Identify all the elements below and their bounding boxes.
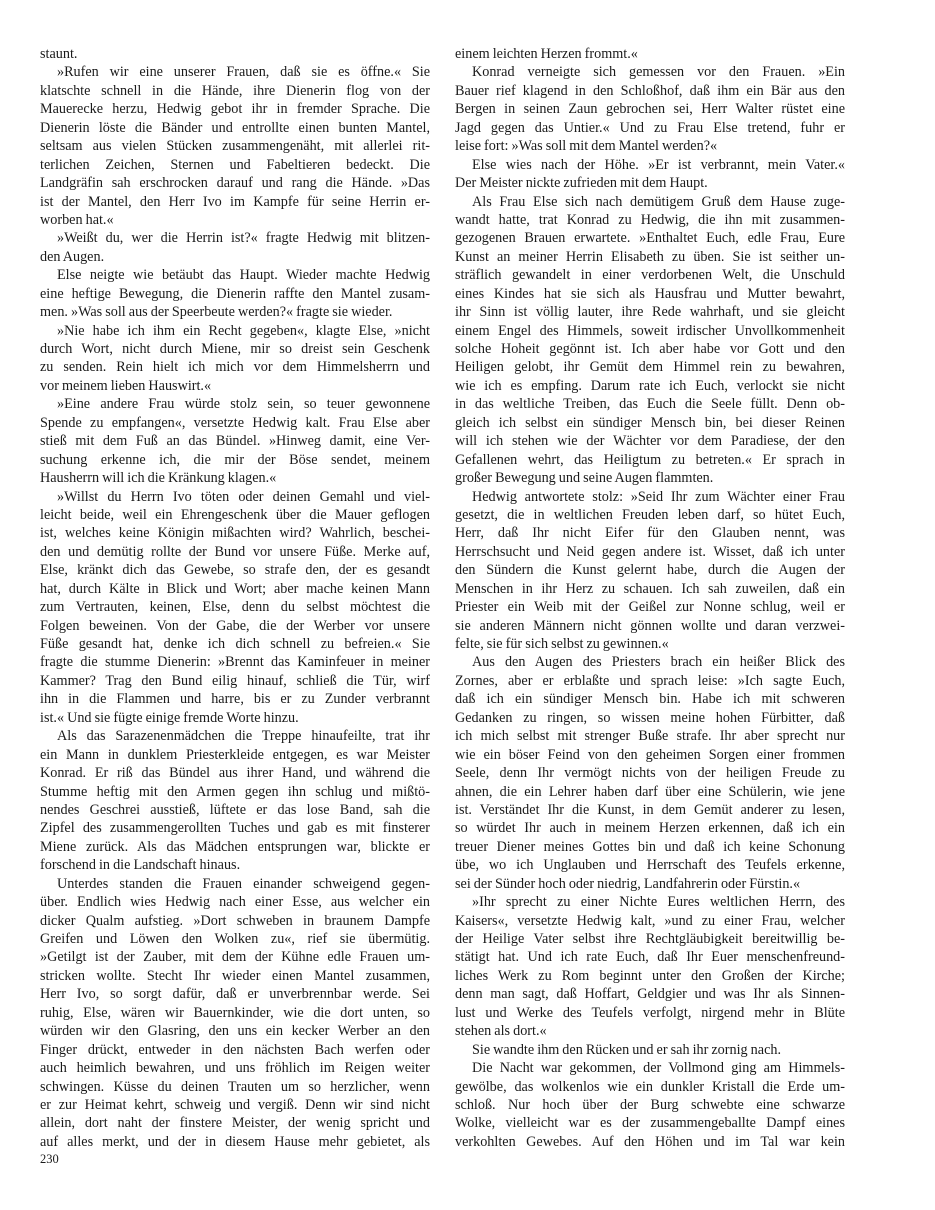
- text-line: Jagd gegen das Untier.« Und zu Frau Else…: [455, 119, 845, 137]
- text-line: Greifen und Löwen den Wolken zu«, rief s…: [40, 930, 430, 948]
- text-line: großer Bewegung und seine Augen flammten…: [455, 469, 845, 487]
- text-line: nendes Geschrei ausstieß, lüftete er das…: [40, 801, 430, 819]
- text-line: will ich stehen wie der Wächter vor dem …: [455, 432, 845, 450]
- text-line: worben hat.«: [40, 211, 430, 229]
- text-line: Seele, denn Ihr vermögt nichts von der h…: [455, 764, 845, 782]
- text-line: leicht beide, weil ein Ehrengeschenk übe…: [40, 506, 430, 524]
- text-line: staunt.: [40, 45, 430, 63]
- text-line: allein, dort naht der finstere Meister, …: [40, 1114, 430, 1132]
- paragraph: staunt.: [40, 45, 430, 63]
- text-line: ein Mann in dunklem Priesterkleide entge…: [40, 746, 430, 764]
- text-line: leise fort: »Was soll mit dem Mantel wer…: [455, 137, 845, 155]
- text-line: Folgen beweinen. Von der Gabe, die der W…: [40, 617, 430, 635]
- text-line: Priester ein Weib mit der Geißel zur Non…: [455, 598, 845, 616]
- text-line: vor meinem lieben Hauswirt.«: [40, 377, 430, 395]
- text-line: daß ich ein sündiger Mensch bin. Habe ic…: [455, 690, 845, 708]
- text-line: einem leichten Herzen frommt.«: [455, 45, 845, 63]
- paragraph: Konrad verneigte sich gemessen vor den F…: [455, 63, 845, 155]
- text-line: Heiligen gelobt, ihr Gemüt dem Himmel re…: [455, 358, 845, 376]
- paragraph: »Ihr sprecht zu einer Nichte Eures weltl…: [455, 893, 845, 1041]
- text-line: Else wies nach der Höhe. »Er ist verbran…: [455, 156, 845, 174]
- paragraph: Als Frau Else sich nach demütigem Gruß d…: [455, 193, 845, 488]
- text-line: Else, kränkt dich das Gewebe, so strafe …: [40, 561, 430, 579]
- text-line: Gedanken zu ringen, so wissen meine hohe…: [455, 709, 845, 727]
- text-line: auch heimlich bewahren, und uns fröhlich…: [40, 1059, 430, 1077]
- text-line: Konrad. Er riß das Bündel aus ihrer Hand…: [40, 764, 430, 782]
- text-line: den Sündern die Kunst gelernt habe, durc…: [455, 561, 845, 579]
- text-line: Sie wandte ihm den Rücken und er sah ihr…: [455, 1041, 845, 1059]
- book-page: staunt.»Rufen wir eine unserer Frauen, d…: [0, 0, 935, 1210]
- text-line: ahnen, die ein Lehrer haben darf über ei…: [455, 783, 845, 801]
- text-line: Kaisers«, versetzte Hedwig kalt, »und zu…: [455, 912, 845, 930]
- text-line: so würdet Ihr auch in meinem Herzen erke…: [455, 819, 845, 837]
- text-line: stricken wollte. Stecht Ihr wieder einen…: [40, 967, 430, 985]
- paragraph: Sie wandte ihm den Rücken und er sah ihr…: [455, 1041, 845, 1059]
- text-line: liches Werk zu Rom beginnt unter den Gro…: [455, 967, 845, 985]
- text-line: Als das Sarazenenmädchen die Treppe hina…: [40, 727, 430, 745]
- text-line: zu senden. Rein hielt ich mich vor dem H…: [40, 358, 430, 376]
- text-line: den und demütig rollte der Bund vor unse…: [40, 543, 430, 561]
- paragraph: Die Nacht war gekommen, der Vollmond gin…: [455, 1059, 845, 1151]
- text-line: gewölbe, das wolkenlos wie ein dunkler K…: [455, 1078, 845, 1096]
- paragraph: »Nie habe ich ihm ein Recht gegeben«, kl…: [40, 322, 430, 396]
- text-line: Kunst an meiner Herrin Elisabeth zu üben…: [455, 248, 845, 266]
- paragraph: Unterdes standen die Frauen einander sch…: [40, 875, 430, 1152]
- text-line: stieß mit dem Fuß an das Bündel. »Hinweg…: [40, 432, 430, 450]
- text-line: forschend in die Landschaft hinaus.: [40, 856, 430, 874]
- text-line: Aus den Augen des Priesters brach ein he…: [455, 653, 845, 671]
- left-column: staunt.»Rufen wir eine unserer Frauen, d…: [40, 45, 430, 1151]
- text-line: wie ich es empfing. Darum rate ich Euch,…: [455, 377, 845, 395]
- text-line: Als Frau Else sich nach demütigem Gruß d…: [455, 193, 845, 211]
- text-line: Dienerin löste die Bänder und entrollte …: [40, 119, 430, 137]
- text-line: übe, wo ich Unglauben und Herrschaft des…: [455, 856, 845, 874]
- text-line: ist der Mantel, den Herr Ivo im Kampfe f…: [40, 193, 430, 211]
- text-line: stehen als dort.«: [455, 1022, 845, 1040]
- text-line: ist.« Und sie fügte einige fremde Worte …: [40, 709, 430, 727]
- text-line: über. Endlich wies Hedwig nach einer Ess…: [40, 893, 430, 911]
- text-line: Wolke, vielleicht war es der zusammengeb…: [455, 1114, 845, 1132]
- text-line: »Ihr sprecht zu einer Nichte Eures weltl…: [455, 893, 845, 911]
- text-line: würden wir den Glasring, den uns ein kec…: [40, 1022, 430, 1040]
- text-line: auf alles merkt, und der in diesem Hause…: [40, 1133, 430, 1151]
- paragraph: »Eine andere Frau würde stolz sein, so t…: [40, 395, 430, 487]
- paragraph: Else wies nach der Höhe. »Er ist verbran…: [455, 156, 845, 193]
- text-line: felte, sie für sich selbst zu gewinnen.«: [455, 635, 845, 653]
- text-line: sträflich gewandelt in einer verdorbenen…: [455, 266, 845, 284]
- text-line: den Augen.: [40, 248, 430, 266]
- text-line: Hedwig antwortete stolz: »Seid Ihr zum W…: [455, 488, 845, 506]
- text-line: hat, durch Kälte in Blick und Wort; aber…: [40, 580, 430, 598]
- text-line: Konrad verneigte sich gemessen vor den F…: [455, 63, 845, 81]
- text-line: Gefallenen wehrt, das Heiligtum zu betre…: [455, 451, 845, 469]
- text-line: durch Wort, nicht durch Miene, mir so dr…: [40, 340, 430, 358]
- text-line: Bauer rief klagend in den Schloßhof, daß…: [455, 82, 845, 100]
- text-line: terlichen Zeichen, Sternen und Fabeltier…: [40, 156, 430, 174]
- text-line: Zipfel des zusammengerollten Tuches und …: [40, 819, 430, 837]
- text-line: schwingen. Küsse du deinen Trauten um so…: [40, 1078, 430, 1096]
- text-line: »Weißt du, wer die Herrin ist?« fragte H…: [40, 229, 430, 247]
- paragraph: »Weißt du, wer die Herrin ist?« fragte H…: [40, 229, 430, 266]
- paragraph: »Rufen wir eine unserer Frauen, daß sie …: [40, 63, 430, 229]
- text-line: Finger drückt, entweder in den nächsten …: [40, 1041, 430, 1059]
- text-line: klatschte schnell in die Hände, ihre Die…: [40, 82, 430, 100]
- page-number: 230: [40, 1151, 59, 1167]
- text-line: Kammer? Trag den Bund eilig hinauf, schl…: [40, 672, 430, 690]
- text-line: eines Kindes hat sie sich als Hausfrau u…: [455, 285, 845, 303]
- text-columns: staunt.»Rufen wir eine unserer Frauen, d…: [40, 45, 845, 1151]
- text-line: ihr Sinn ist völlig lauter, ihre Rede wa…: [455, 303, 845, 321]
- text-line: Stumme heftig mit den Armen gegen ihn sc…: [40, 783, 430, 801]
- paragraph: einem leichten Herzen frommt.«: [455, 45, 845, 63]
- text-line: »Willst du Herrn Ivo töten oder deinen G…: [40, 488, 430, 506]
- text-line: suchung erkenne ich, die mir der Böse se…: [40, 451, 430, 469]
- text-line: ihn in die Flammen und harre, bis er zu …: [40, 690, 430, 708]
- text-line: Mauerecke herzu, Hedwig gebot ihr in fre…: [40, 100, 430, 118]
- paragraph: Else neigte wie betäubt das Haupt. Wiede…: [40, 266, 430, 321]
- text-line: stätigt hat. Und ich rate Euch, daß Ihr …: [455, 948, 845, 966]
- text-line: »Nie habe ich ihm ein Recht gegeben«, kl…: [40, 322, 430, 340]
- right-column: einem leichten Herzen frommt.«Konrad ver…: [455, 45, 845, 1151]
- text-line: verkohlten Gewebes. Auf den Höhen und im…: [455, 1133, 845, 1151]
- text-line: Menschen in ihr Herz zu schauen. Ich sah…: [455, 580, 845, 598]
- text-line: Spende zu empfangen«, versetzte Hedwig k…: [40, 414, 430, 432]
- text-line: gezogenen Brauen erwartete. »Enthaltet E…: [455, 229, 845, 247]
- text-line: »Getilgt ist der Zauber, mit dem der Küh…: [40, 948, 430, 966]
- text-line: Die Nacht war gekommen, der Vollmond gin…: [455, 1059, 845, 1077]
- text-line: Füße gesandt hat, denke ich dich schnell…: [40, 635, 430, 653]
- text-line: »Eine andere Frau würde stolz sein, so t…: [40, 395, 430, 413]
- text-line: Else neigte wie betäubt das Haupt. Wiede…: [40, 266, 430, 284]
- text-line: ist. Verständet Ihr die Kunst, in dem Ge…: [455, 801, 845, 819]
- text-line: Miene zurück. Als das Mädchen entsprunge…: [40, 838, 430, 856]
- text-line: Herr, daß Ihr nicht Eifer für den Glaube…: [455, 524, 845, 542]
- text-line: Herr Ivo, so sorgt dafür, daß er unverbr…: [40, 985, 430, 1003]
- text-line: denn man sagt, daß Hoffart, Geldgier und…: [455, 985, 845, 1003]
- paragraph: Als das Sarazenenmädchen die Treppe hina…: [40, 727, 430, 875]
- text-line: ich mich selbst mit strenger Buße strafe…: [455, 727, 845, 745]
- text-line: seltsam aus vielen Stücken zusammengenäh…: [40, 137, 430, 155]
- paragraph: Hedwig antwortete stolz: »Seid Ihr zum W…: [455, 488, 845, 654]
- text-line: fragte die stumme Dienerin: »Brennt das …: [40, 653, 430, 671]
- text-line: einem Engel des Himmels, soweit irdische…: [455, 322, 845, 340]
- text-line: Bergen in seinen Zaun gebrochen sei, Her…: [455, 100, 845, 118]
- text-line: Landgräfin sah erschrocken darauf und ra…: [40, 174, 430, 192]
- text-line: solche Hoheit gegönnt ist. Ich aber habe…: [455, 340, 845, 358]
- text-line: lust und Werke des Teufels verfolgt, nir…: [455, 1004, 845, 1022]
- text-line: zum Vertrauten, keinen, Else, denn du se…: [40, 598, 430, 616]
- text-line: eine heftige Bewegung, die Dienerin raff…: [40, 285, 430, 303]
- text-line: dicker Qualm aufstieg. »Dort schweben in…: [40, 912, 430, 930]
- text-line: gesetzt, die in weltlichen Freuden leben…: [455, 506, 845, 524]
- text-line: wie ein böser Feind von den geheimen Sor…: [455, 746, 845, 764]
- text-line: der Heilige Vater selbst ihre Rechtgläub…: [455, 930, 845, 948]
- text-line: Hausherrn will ich die Kränkung klagen.«: [40, 469, 430, 487]
- text-line: men. »Was soll aus der Speerbeute werden…: [40, 303, 430, 321]
- text-line: schloß. Nur hoch über der Burg schwebte …: [455, 1096, 845, 1114]
- text-line: Unterdes standen die Frauen einander sch…: [40, 875, 430, 893]
- text-line: ist, welches keine Königin mißachten wir…: [40, 524, 430, 542]
- text-line: treuer Diener meines Gottes bin und daß …: [455, 838, 845, 856]
- text-line: sie anderen Männern nicht gönnen wollte …: [455, 617, 845, 635]
- text-line: gleich ich selbst ein sündiger Mensch bi…: [455, 414, 845, 432]
- text-line: Der Meister nickte zufrieden mit dem Hau…: [455, 174, 845, 192]
- text-line: sei der Sünder hoch oder niedrig, Landfa…: [455, 875, 845, 893]
- text-line: Zornes, aber er erblaßte und sprach leis…: [455, 672, 845, 690]
- text-line: wandt hatte, trat Konrad zu Hedwig, die …: [455, 211, 845, 229]
- text-line: ruhig, Else, wären wir Bauernkinder, wie…: [40, 1004, 430, 1022]
- text-line: in das weltliche Treiben, das Euch die S…: [455, 395, 845, 413]
- text-line: Herrschsucht und Neid gegen andere ist. …: [455, 543, 845, 561]
- paragraph: »Willst du Herrn Ivo töten oder deinen G…: [40, 488, 430, 728]
- text-line: »Rufen wir eine unserer Frauen, daß sie …: [40, 63, 430, 81]
- text-line: er zur Heimat kehrt, schweig und vergiß.…: [40, 1096, 430, 1114]
- paragraph: Aus den Augen des Priesters brach ein he…: [455, 653, 845, 893]
